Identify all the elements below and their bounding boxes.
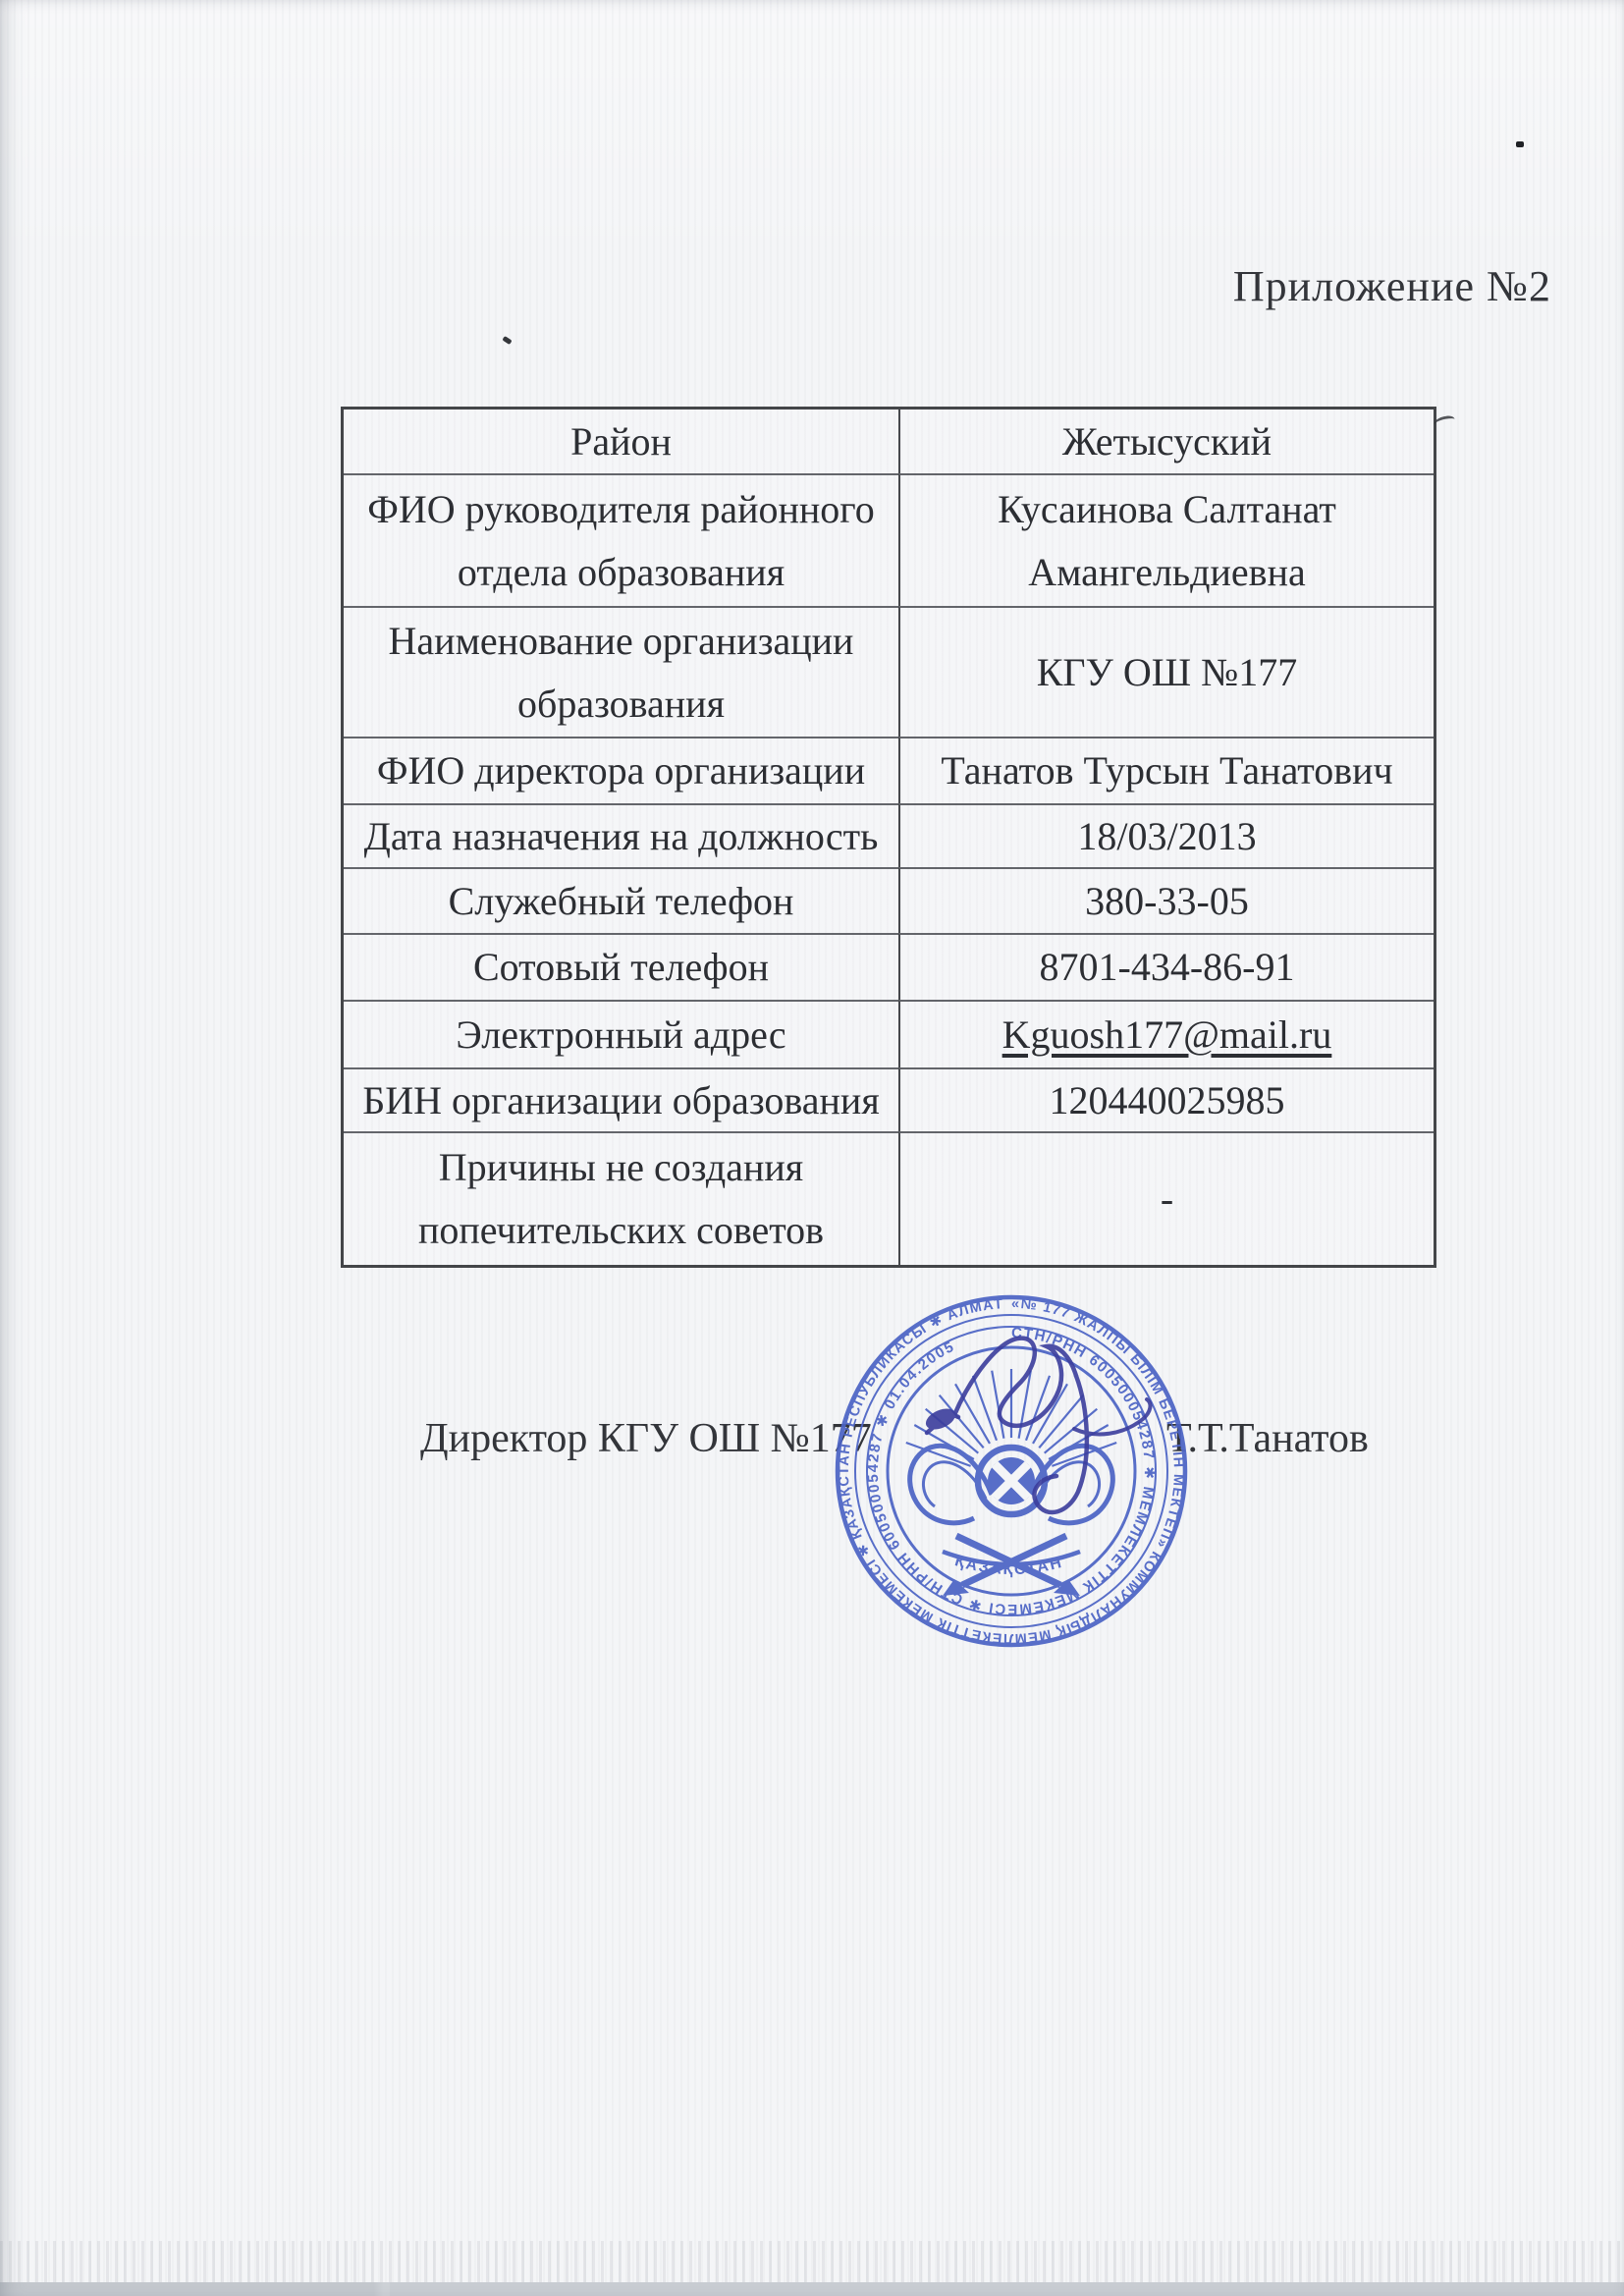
scan-bottom-streaks: [0, 2241, 1624, 2282]
row-email-value: Kguosh177@mail.ru: [898, 1000, 1434, 1067]
info-table: Район Жетысуский ФИО руководителя районн…: [341, 407, 1436, 1268]
signature-stroke: [927, 1339, 1076, 1433]
row-reasons-value: -: [898, 1131, 1434, 1265]
row-reasons-label: Причины не создания попечительских совет…: [344, 1131, 898, 1265]
scan-bottom-edge: [0, 2282, 1624, 2296]
scan-speck: [502, 336, 512, 345]
scan-speck: [1516, 141, 1524, 147]
row-district-label: Район: [344, 410, 898, 473]
row-org-name-value: КГУ ОШ №177: [898, 606, 1434, 737]
row-mobile-phone-value: 8701-434-86-91: [898, 933, 1434, 1000]
row-mobile-phone-label: Сотовый телефон: [344, 933, 898, 1000]
row-bin-label: БИН организации образования: [344, 1067, 898, 1131]
row-org-name-label: Наименование организации образования: [344, 606, 898, 737]
row-work-phone-label: Служебный телефон: [344, 867, 898, 933]
row-work-phone-value: 380-33-05: [898, 867, 1434, 933]
row-email-label: Электронный адрес: [344, 1000, 898, 1067]
row-district-head-value: Кусаинова Салтанат Амангельдиевна: [898, 473, 1434, 606]
row-appointment-date-value: 18/03/2013: [898, 803, 1434, 867]
row-director-value: Танатов Турсын Танатович: [898, 737, 1434, 803]
row-district-value: Жетысуский: [898, 410, 1434, 473]
handwritten-signature: [901, 1309, 1186, 1555]
director-name: Т.Т.Танатов: [1166, 1415, 1369, 1462]
row-director-label: ФИО директора организации: [344, 737, 898, 803]
row-district-head-label: ФИО руководителя районного отдела образо…: [344, 473, 898, 606]
appendix-title: Приложение №2: [1233, 261, 1551, 311]
row-appointment-date-label: Дата назначения на должность: [344, 803, 898, 867]
signature-tail: [1034, 1376, 1086, 1512]
row-bin-value: 120440025985: [898, 1067, 1434, 1131]
director-signature-label: Директор КГУ ОШ №177: [420, 1415, 872, 1462]
stamp-banner-text: ҚАЗАҚСТАН: [952, 1553, 1064, 1578]
email-link[interactable]: Kguosh177@mail.ru: [1002, 1004, 1332, 1066]
